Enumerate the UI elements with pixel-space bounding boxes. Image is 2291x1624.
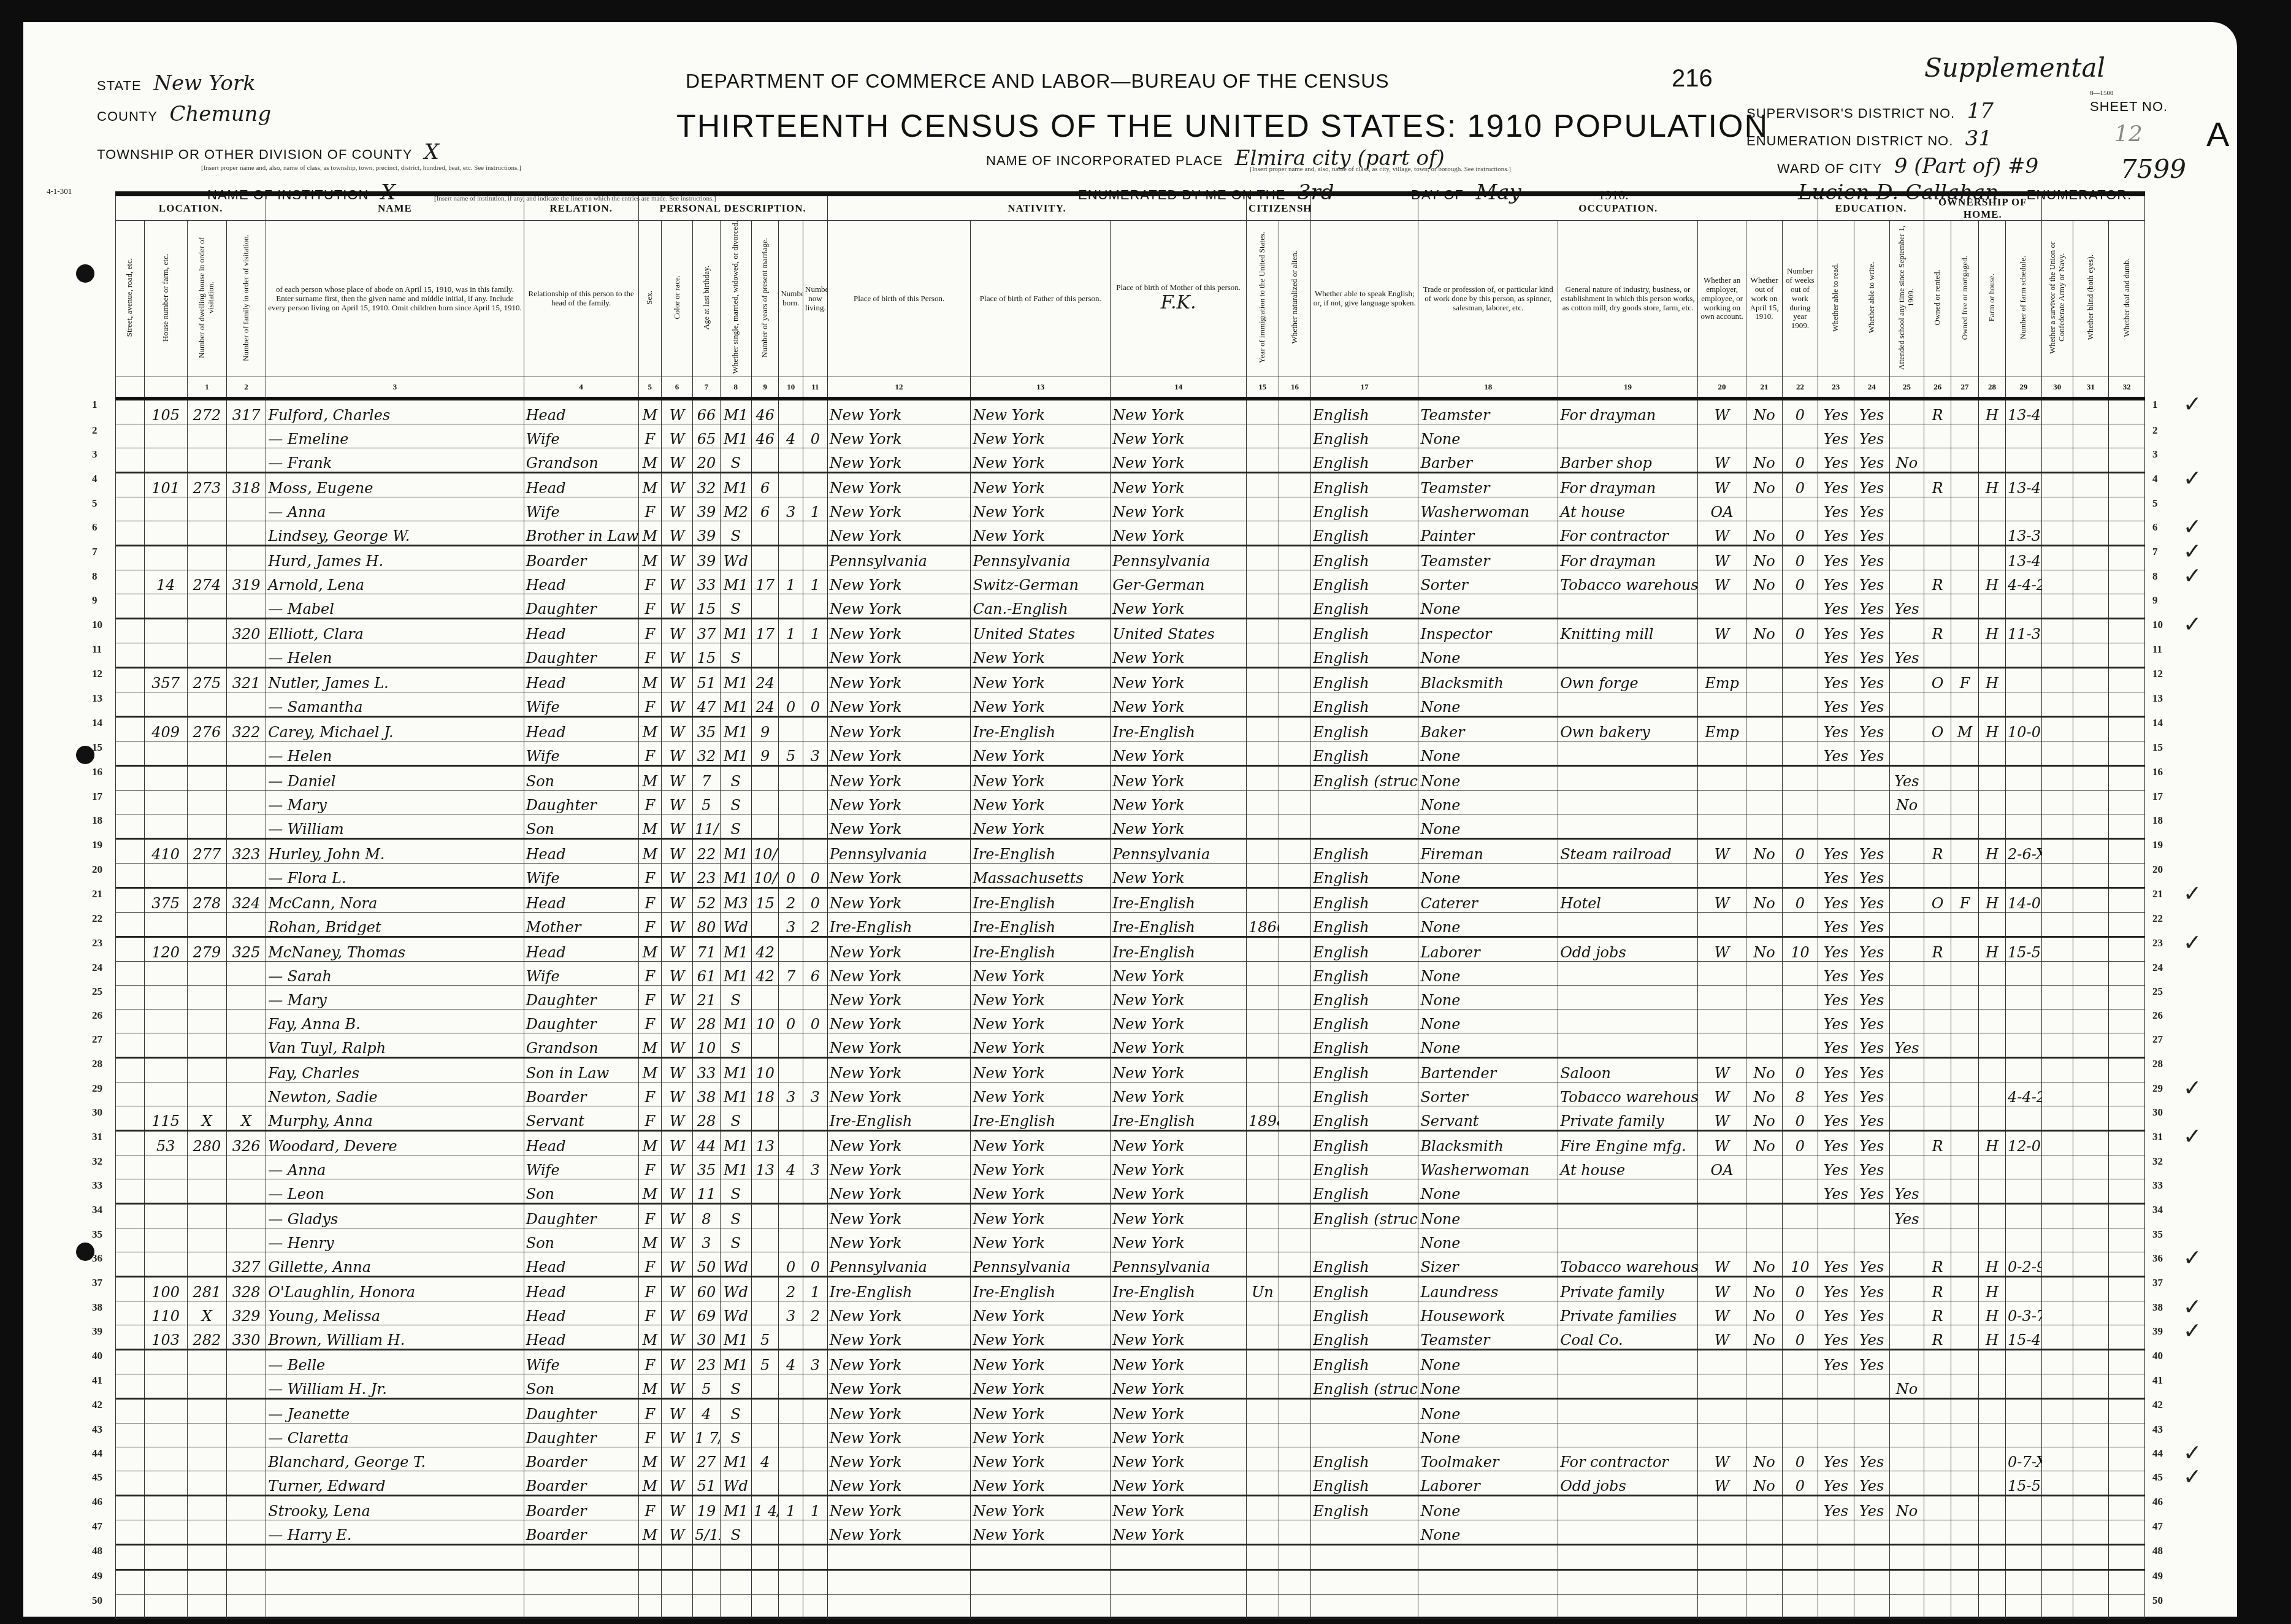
cell-trade: None: [1418, 1423, 1558, 1447]
cell-write: Yes: [1854, 1033, 1889, 1058]
cell-trade: None: [1418, 962, 1558, 986]
cell-bp: New York: [827, 1471, 971, 1496]
cell-race: W: [661, 473, 692, 497]
cell-bp-father: Switz-German: [971, 570, 1111, 594]
cell-lang: [1311, 1399, 1418, 1423]
line-number-right: 35: [2152, 1228, 2163, 1241]
cell-write: Yes: [1854, 1301, 1889, 1325]
cell-free: [1951, 448, 1978, 473]
cell-write: Yes: [1854, 1325, 1889, 1350]
column-number: 14: [1111, 377, 1247, 399]
supervisor-district-value: 17: [1967, 99, 1994, 123]
cell-born: 2: [779, 1277, 803, 1301]
cell-veteran: [2041, 1374, 2073, 1399]
cell-relation: Boarder: [524, 1496, 638, 1520]
cell-lang: English: [1311, 643, 1418, 668]
cell-street: [116, 937, 145, 962]
cell-out: No: [1746, 1106, 1782, 1131]
cell-born: 4: [779, 424, 803, 448]
cell-marital: M1: [720, 399, 751, 424]
cell-bp-father: New York: [971, 791, 1111, 814]
cell-blind: [2073, 1374, 2108, 1399]
cell-trade: Teamster: [1418, 473, 1558, 497]
cell-own: R: [1924, 473, 1951, 497]
cell-house: [144, 1058, 187, 1082]
column-number: 2: [227, 377, 266, 399]
cell-born: [779, 1399, 803, 1423]
cell-race: W: [661, 888, 692, 913]
cell-trade: None: [1418, 766, 1558, 791]
col-schedule: Number of farm schedule.: [2006, 221, 2041, 377]
supervisor-district-field: Supervisor's District No. 17: [1746, 99, 1994, 123]
line-number-right: 36: [2152, 1252, 2163, 1265]
cell-imm: [1247, 717, 1279, 741]
line-number-right: 31: [2152, 1131, 2163, 1143]
cell-farm: [1978, 986, 2005, 1009]
cell-years: [752, 1423, 779, 1447]
cell-family: 317: [227, 399, 266, 424]
table-row: — HelenDaughterFW15SNew YorkNew YorkNew …: [116, 643, 2145, 668]
cell-out: No: [1746, 448, 1782, 473]
cell-out: No: [1746, 1447, 1782, 1471]
cell-bp-father: New York: [971, 1496, 1111, 1520]
cell-nat: [1279, 1399, 1311, 1423]
col-deaf: Whether deaf and dumb.: [2109, 221, 2145, 377]
cell-house: 120: [144, 937, 187, 962]
table-row: Turner, EdwardBoarderMW51WdNew YorkNew Y…: [116, 1471, 2145, 1496]
col-employer: Whether an employer, employee, or workin…: [1697, 221, 1746, 377]
cell-living: [803, 1325, 828, 1350]
cell-years: 6: [752, 473, 779, 497]
line-number-right: 33: [2152, 1179, 2163, 1192]
cell-marital: M1: [720, 1447, 751, 1471]
cell-living: [803, 937, 828, 962]
cell-house: 14: [144, 570, 187, 594]
cell-industry: [1558, 962, 1698, 986]
cell-weeks: [1782, 1570, 1818, 1595]
column-number: 6: [661, 377, 692, 399]
cell-trade: Teamster: [1418, 1325, 1558, 1350]
cell-write: Yes: [1854, 619, 1889, 643]
cell-industry: For drayman: [1558, 399, 1698, 424]
checkmark-icon: ✓: [2183, 1464, 2201, 1490]
cell-veteran: [2041, 521, 2073, 546]
cell-write: Yes: [1854, 864, 1889, 888]
cell-dwelling: [187, 962, 226, 986]
cell-industry: Saloon: [1558, 1058, 1698, 1082]
cell-out: [1746, 1374, 1782, 1399]
cell-sched: [2006, 1399, 2041, 1423]
cell-industry: Tobacco warehouse: [1558, 1082, 1698, 1106]
cell-imm: [1247, 643, 1279, 668]
cell-dwelling: [187, 986, 226, 1009]
table-row: — EmelineWifeFW65M14640New YorkNew YorkN…: [116, 424, 2145, 448]
cell-bp: New York: [827, 1520, 971, 1545]
cell-industry: Tobacco warehouse: [1558, 1252, 1698, 1277]
table-row: — Flora L.WifeFW23M110/1200New YorkMassa…: [116, 864, 2145, 888]
cell-sched: [2006, 1423, 2041, 1447]
cell-deaf: [2109, 1374, 2145, 1399]
cell-school: No: [1889, 1496, 1924, 1520]
cell-own: [1924, 741, 1951, 766]
cell-farm: [1978, 497, 2005, 521]
cell-industry: [1558, 1595, 1698, 1618]
table-row: — MaryDaughterFW21SNew YorkNew YorkNew Y…: [116, 986, 2145, 1009]
cell-read: Yes: [1818, 937, 1854, 962]
cell-street: [116, 1570, 145, 1595]
cell-write: Yes: [1854, 1252, 1889, 1277]
cell-sched: 14-0-7-X: [2006, 888, 2041, 913]
cell-veteran: [2041, 1325, 2073, 1350]
cell-living: [803, 1228, 828, 1252]
cell-age: 39: [693, 546, 720, 570]
cell-farm: [1978, 1545, 2005, 1570]
cell-family: 322: [227, 717, 266, 741]
cell-dwelling: 279: [187, 937, 226, 962]
cell-industry: For drayman: [1558, 473, 1698, 497]
county-field: County Chemung: [97, 102, 271, 126]
cell-nat: [1279, 643, 1311, 668]
cell-deaf: [2109, 717, 2145, 741]
cell-dwelling: 278: [187, 888, 226, 913]
cell-family: [227, 814, 266, 839]
cell-marital: M1: [720, 570, 751, 594]
cell-free: [1951, 1496, 1978, 1520]
cell-veteran: [2041, 937, 2073, 962]
cell-imm: [1247, 619, 1279, 643]
cell-emp: [1697, 1423, 1746, 1447]
cell-bp-father: United States: [971, 619, 1111, 643]
cell-read: Yes: [1818, 1252, 1854, 1277]
cell-read: Yes: [1818, 643, 1854, 668]
cell-marital: M1: [720, 473, 751, 497]
cell-trade: None: [1418, 913, 1558, 937]
cell-age: 33: [693, 570, 720, 594]
cell-born: [779, 1179, 803, 1204]
line-number-left: 45: [92, 1471, 102, 1484]
cell-read: Yes: [1818, 962, 1854, 986]
cell-years: 13: [752, 1131, 779, 1155]
cell-out: No: [1746, 619, 1782, 643]
cell-born: [779, 839, 803, 864]
cell-veteran: [2041, 1399, 2073, 1423]
cell-write: Yes: [1854, 1471, 1889, 1496]
col-living: Number now living.: [803, 221, 828, 377]
cell-born: 5: [779, 741, 803, 766]
cell-relation: Wife: [524, 1155, 638, 1179]
cell-relation: Head: [524, 717, 638, 741]
cell-write: Yes: [1854, 1131, 1889, 1155]
cell-bp-father: New York: [971, 766, 1111, 791]
cell-name: [266, 1545, 524, 1570]
line-number-right: 22: [2152, 913, 2163, 925]
cell-sex: F: [638, 643, 661, 668]
cell-born: [779, 1106, 803, 1131]
table-row: — MaryDaughterFW5SNew YorkNew YorkNew Yo…: [116, 791, 2145, 814]
cell-write: Yes: [1854, 692, 1889, 717]
cell-deaf: [2109, 1350, 2145, 1374]
cell-bp-father: New York: [971, 473, 1111, 497]
cell-bp-father: New York: [971, 1374, 1111, 1399]
cell-bp-mother: New York: [1111, 1520, 1247, 1545]
table-row: Van Tuyl, RalphGrandsonMW10SNew YorkNew …: [116, 1033, 2145, 1058]
cell-nat: [1279, 1058, 1311, 1082]
cell-bp-mother: New York: [1111, 1155, 1247, 1179]
cell-deaf: [2109, 913, 2145, 937]
cell-school: [1889, 1520, 1924, 1545]
cell-born: [779, 1374, 803, 1399]
group-ownership: OWNERSHIP OF HOME.: [1924, 194, 2041, 221]
col-age: Age at last birthday.: [693, 221, 720, 377]
cell-read: Yes: [1818, 1301, 1854, 1325]
cell-marital: [720, 1595, 751, 1618]
group-name: NAME: [266, 194, 524, 221]
cell-name: — Sarah: [266, 962, 524, 986]
group-education: EDUCATION.: [1818, 194, 1924, 221]
table-row: 327Gillette, AnnaHeadFW50Wd00Pennsylvani…: [116, 1252, 2145, 1277]
cell-bp-father: New York: [971, 1179, 1111, 1204]
cell-born: [779, 546, 803, 570]
cell-age: 35: [693, 717, 720, 741]
col-name: of each person whose place of abode on A…: [266, 221, 524, 377]
cell-bp-mother: New York: [1111, 643, 1247, 668]
col-family: Number of family in order of visitation.: [227, 221, 266, 377]
cell-age: 10: [693, 1033, 720, 1058]
cell-living: [803, 1545, 828, 1570]
line-number-left: 13: [92, 692, 102, 705]
line-number-left: 41: [92, 1374, 102, 1387]
cell-lang: English: [1311, 448, 1418, 473]
cell-emp: [1697, 1520, 1746, 1545]
cell-sched: [2006, 1520, 2041, 1545]
cell-industry: [1558, 1179, 1698, 1204]
cell-sched: [2006, 766, 2041, 791]
cell-dwelling: 272: [187, 399, 226, 424]
cell-farm: [1978, 1570, 2005, 1595]
cell-bp: New York: [827, 521, 971, 546]
cell-family: [227, 766, 266, 791]
cell-free: [1951, 1204, 1978, 1228]
cell-write: Yes: [1854, 448, 1889, 473]
cell-bp: New York: [827, 814, 971, 839]
cell-family: [227, 643, 266, 668]
cell-school: No: [1889, 791, 1924, 814]
cell-bp-father: Massachusetts: [971, 864, 1111, 888]
cell-nat: [1279, 1033, 1311, 1058]
county-value: Chemung: [169, 102, 271, 126]
cell-name: — Claretta: [266, 1423, 524, 1447]
cell-weeks: 0: [1782, 399, 1818, 424]
cell-deaf: [2109, 473, 2145, 497]
cell-bp-father: Pennsylvania: [971, 546, 1111, 570]
cell-family: [227, 594, 266, 619]
cell-bp-mother: New York: [1111, 962, 1247, 986]
cell-street: [116, 791, 145, 814]
cell-school: No: [1889, 448, 1924, 473]
cell-race: W: [661, 1106, 692, 1131]
cell-dwelling: [187, 741, 226, 766]
cell-relation: Wife: [524, 864, 638, 888]
cell-write: Yes: [1854, 839, 1889, 864]
cell-imm: [1247, 1520, 1279, 1545]
cell-years: 9: [752, 717, 779, 741]
cell-farm: [1978, 1520, 2005, 1545]
cell-out: [1746, 766, 1782, 791]
column-number: 19: [1558, 377, 1698, 399]
cell-name: Turner, Edward: [266, 1471, 524, 1496]
cell-out: [1746, 643, 1782, 668]
cell-house: [144, 766, 187, 791]
cell-name: Elliott, Clara: [266, 619, 524, 643]
cell-bp-father: New York: [971, 448, 1111, 473]
col-school: Attended school any time since September…: [1889, 221, 1924, 377]
cell-years: [752, 1570, 779, 1595]
cell-own: [1924, 1033, 1951, 1058]
cell-blind: [2073, 986, 2108, 1009]
cell-marital: S: [720, 791, 751, 814]
cell-veteran: [2041, 1228, 2073, 1252]
cell-race: W: [661, 864, 692, 888]
cell-nat: [1279, 913, 1311, 937]
cell-industry: [1558, 424, 1698, 448]
cell-nat: [1279, 864, 1311, 888]
line-number-right: 6: [2152, 521, 2158, 534]
cell-weeks: 0: [1782, 619, 1818, 643]
cell-house: [144, 1423, 187, 1447]
cell-years: [752, 521, 779, 546]
cell-marital: M1: [720, 692, 751, 717]
cell-trade: Inspector: [1418, 619, 1558, 643]
cell-street: [116, 1423, 145, 1447]
cell-trade: None: [1418, 1496, 1558, 1520]
cell-industry: Coal Co.: [1558, 1325, 1698, 1350]
line-number-right: 5: [2152, 497, 2158, 510]
cell-living: [803, 1131, 828, 1155]
township-field: Township or other division of county X: [97, 140, 439, 164]
cell-blind: [2073, 1423, 2108, 1447]
cell-sched: [2006, 1496, 2041, 1520]
cell-dwelling: [187, 1033, 226, 1058]
line-number-left: 29: [92, 1082, 102, 1095]
cell-lang: English: [1311, 1009, 1418, 1033]
cell-sex: M: [638, 1471, 661, 1496]
cell-emp: W: [1697, 546, 1746, 570]
cell-relation: Boarder: [524, 1447, 638, 1471]
cell-name: Arnold, Lena: [266, 570, 524, 594]
cell-weeks: [1782, 1520, 1818, 1545]
cell-house: [144, 741, 187, 766]
cell-free: [1951, 1399, 1978, 1423]
cell-family: 329: [227, 1301, 266, 1325]
cell-relation: Head: [524, 1252, 638, 1277]
cell-nat: [1279, 1204, 1311, 1228]
cell-living: [803, 521, 828, 546]
cell-nat: [1279, 1447, 1311, 1471]
cell-write: Yes: [1854, 473, 1889, 497]
line-number-right: 13: [2152, 692, 2163, 705]
cell-lang: English: [1311, 741, 1418, 766]
cell-school: [1889, 1471, 1924, 1496]
line-number-left: 22: [92, 913, 102, 925]
cell-sex: M: [638, 1228, 661, 1252]
cell-blind: [2073, 594, 2108, 619]
cell-living: 0: [803, 1009, 828, 1033]
cell-years: 10: [752, 1058, 779, 1082]
cell-marital: M1: [720, 962, 751, 986]
cell-dwelling: [187, 864, 226, 888]
cell-sched: 0-2-9-6: [2006, 1252, 2041, 1277]
cell-sched: [2006, 594, 2041, 619]
cell-born: [779, 668, 803, 692]
cell-imm: [1247, 1374, 1279, 1399]
cell-free: [1951, 1082, 1978, 1106]
cell-relation: Mother: [524, 913, 638, 937]
cell-marital: M1: [720, 1058, 751, 1082]
cell-sex: F: [638, 570, 661, 594]
cell-marital: M1: [720, 864, 751, 888]
cell-bp: New York: [827, 1082, 971, 1106]
cell-veteran: [2041, 741, 2073, 766]
cell-blind: [2073, 1228, 2108, 1252]
cell-race: W: [661, 1447, 692, 1471]
cell-house: 105: [144, 399, 187, 424]
cell-sched: [2006, 1350, 2041, 1374]
cell-born: [779, 643, 803, 668]
cell-years: 24: [752, 668, 779, 692]
cell-bp-father: [971, 1545, 1111, 1570]
cell-name: — Jeanette: [266, 1399, 524, 1423]
cell-street: [116, 1496, 145, 1520]
cell-street: [116, 986, 145, 1009]
cell-relation: Daughter: [524, 986, 638, 1009]
cell-emp: W: [1697, 1131, 1746, 1155]
cell-living: 1: [803, 1277, 828, 1301]
cell-name: — Mary: [266, 986, 524, 1009]
cell-dwelling: [187, 1471, 226, 1496]
cell-born: [779, 1520, 803, 1545]
cell-industry: Odd jobs: [1558, 1471, 1698, 1496]
cell-sex: F: [638, 1204, 661, 1228]
cell-street: [116, 1033, 145, 1058]
cell-name: Newton, Sadie: [266, 1082, 524, 1106]
cell-farm: [1978, 1204, 2005, 1228]
cell-living: 1: [803, 1496, 828, 1520]
cell-emp: [1697, 1496, 1746, 1520]
cell-deaf: [2109, 1277, 2145, 1301]
cell-marital: S: [720, 1520, 751, 1545]
line-number-left: 17: [92, 791, 102, 803]
cell-bp-mother: New York: [1111, 473, 1247, 497]
sheet-field: Sheet No.: [2090, 99, 2168, 115]
cell-name: — Emeline: [266, 424, 524, 448]
cell-years: [752, 1204, 779, 1228]
cell-write: Yes: [1854, 546, 1889, 570]
cell-bp-mother: New York: [1111, 448, 1247, 473]
cell-living: [803, 668, 828, 692]
cell-school: Yes: [1889, 1033, 1924, 1058]
cell-born: [779, 399, 803, 424]
column-number: 18: [1418, 377, 1558, 399]
cell-trade: Sorter: [1418, 570, 1558, 594]
cell-own: [1924, 962, 1951, 986]
census-rows: 105272317Fulford, CharlesHeadMW66M146New…: [116, 399, 2145, 1618]
cell-blind: [2073, 668, 2108, 692]
cell-age: 32: [693, 473, 720, 497]
cell-free: [1951, 546, 1978, 570]
cell-living: [803, 986, 828, 1009]
cell-veteran: [2041, 1106, 2073, 1131]
cell-years: 5: [752, 1350, 779, 1374]
